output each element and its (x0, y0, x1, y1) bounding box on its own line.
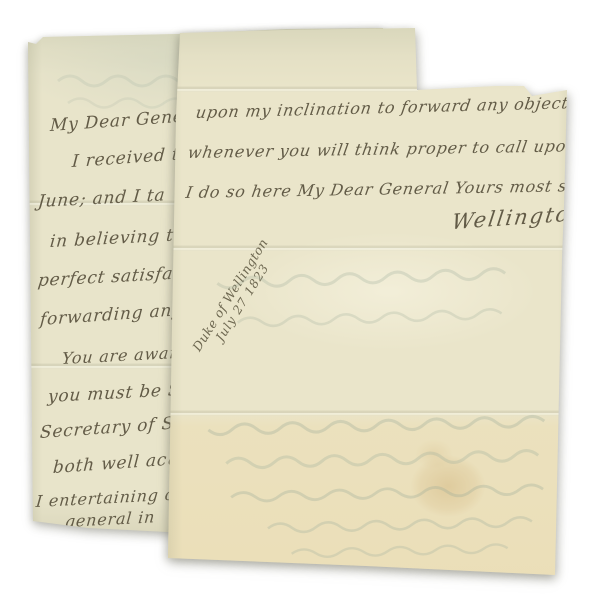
closing-line: I do so here My Dear General Yours most … (184, 175, 572, 202)
fold-crease (166, 86, 418, 92)
show-through-writing (166, 409, 553, 569)
right-page: upon my inclination to forward any objec… (166, 26, 572, 578)
letter-line: whenever you will think proper to call u… (186, 136, 572, 162)
letter-photograph: My Dear General I received two d June; a… (0, 0, 600, 600)
letter-line: upon my inclination to forward any objec… (195, 91, 572, 122)
right-page-shadow: upon my inclination to forward any objec… (166, 26, 572, 578)
letter-line: general in (64, 507, 156, 531)
fold-crease (166, 245, 572, 251)
show-through-writing (170, 258, 512, 340)
letter-line: June; and I ta (37, 185, 166, 212)
signature: Wellington (450, 201, 572, 235)
